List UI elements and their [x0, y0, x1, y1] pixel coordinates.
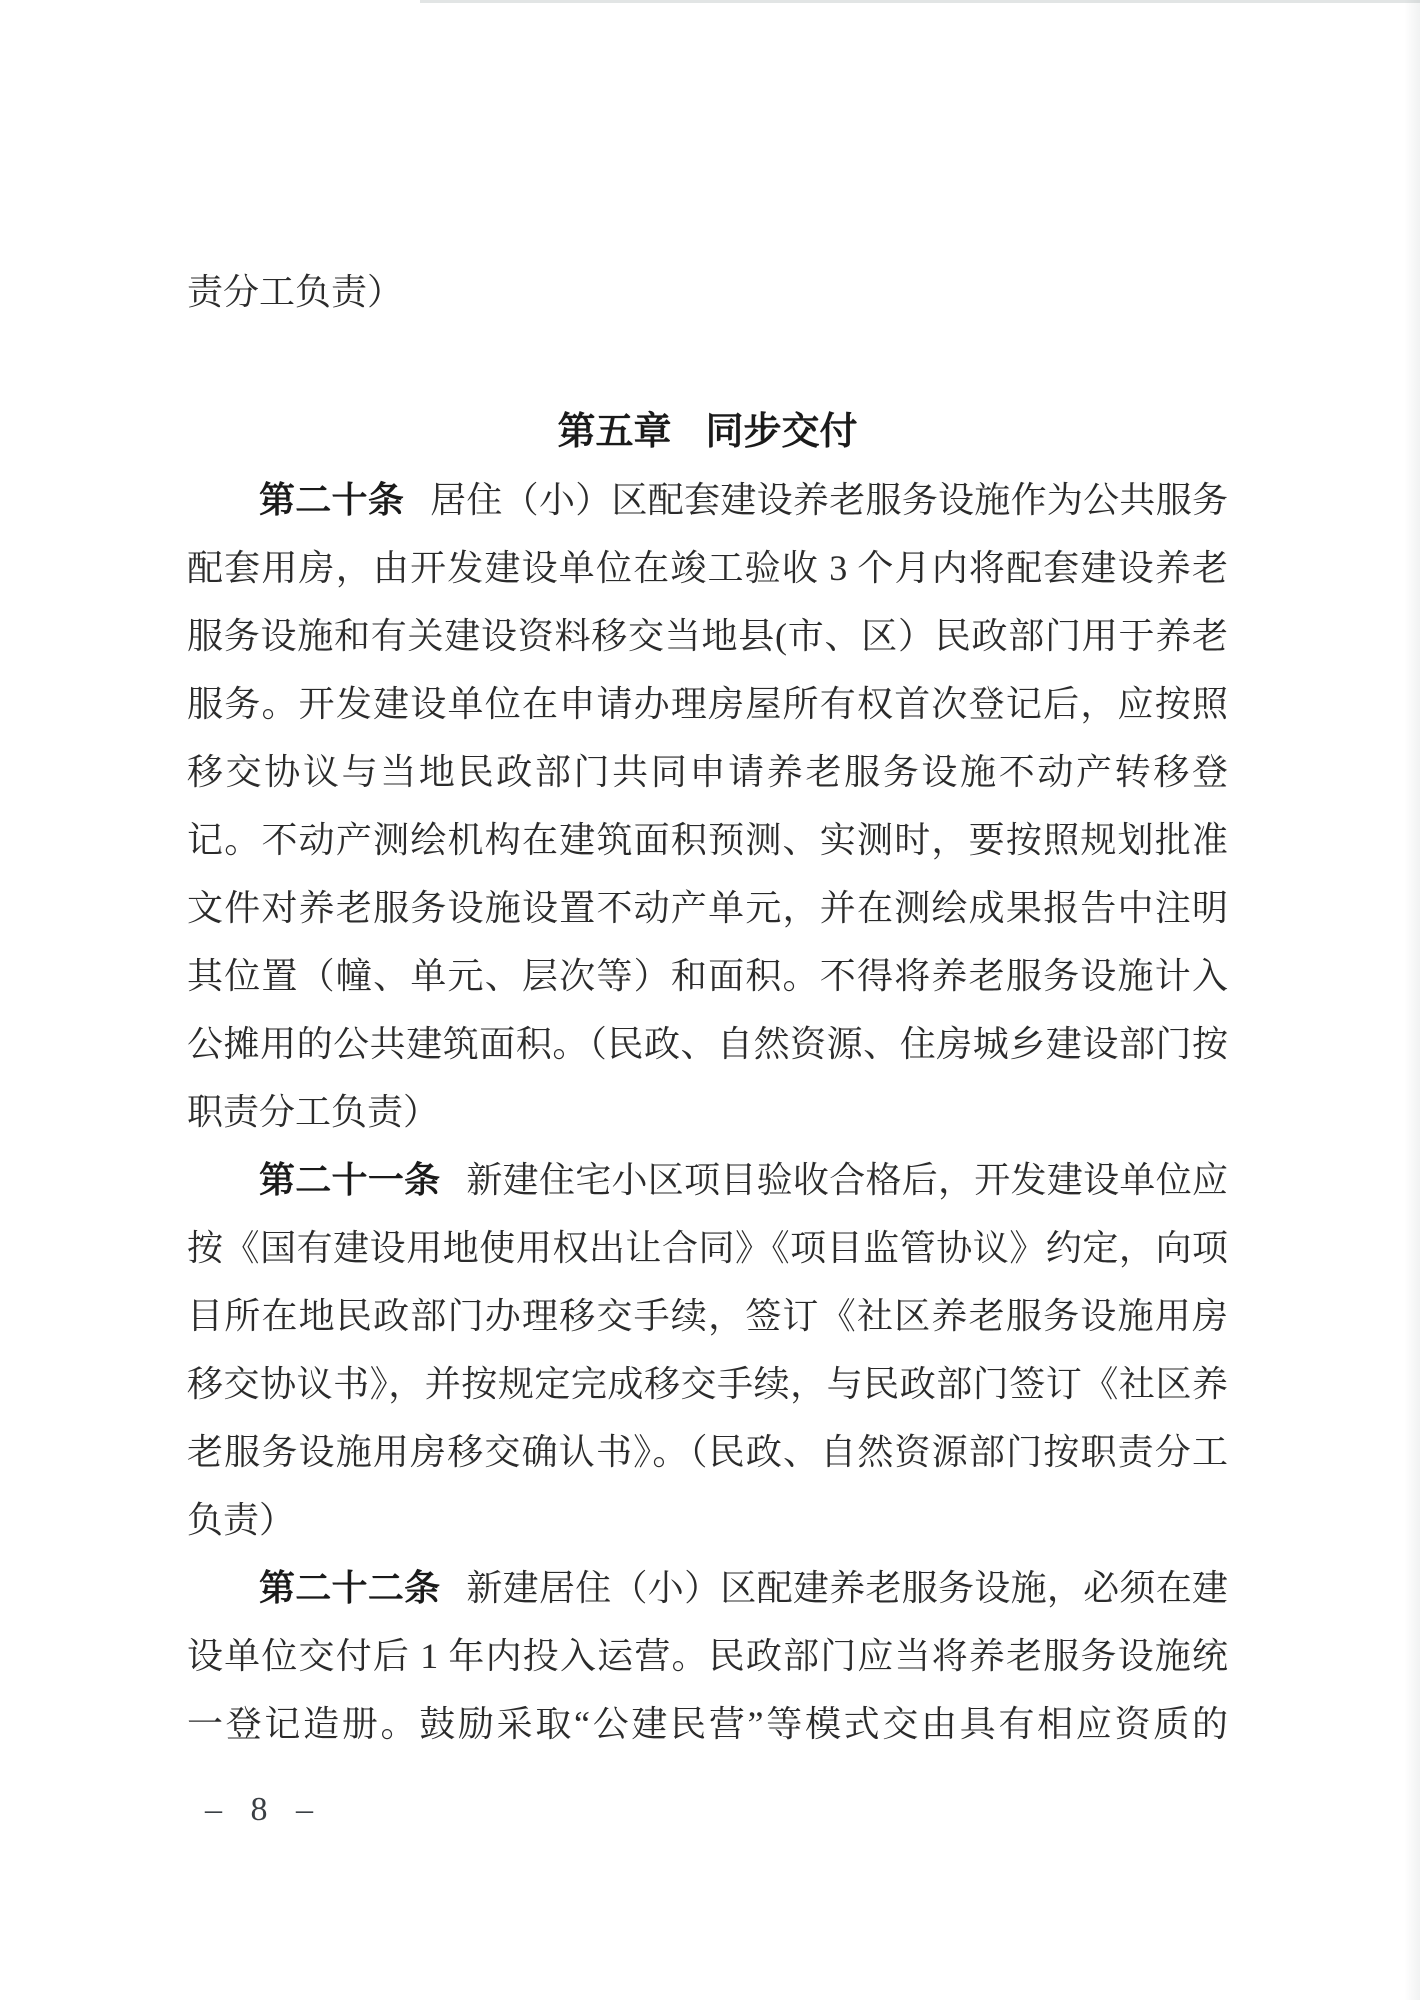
text-line-content: 一登记造册。鼓励采取“公建民营”等模式交由具有相应资质的	[187, 1704, 1228, 1744]
text-line-content: 职责分工负责）	[187, 1092, 439, 1132]
text-line-content: 设单位交付后 1 年内投入运营。民政部门应当将养老服务设施统	[187, 1636, 1228, 1676]
text-line: 按《国有建设用地使用权出让合同》《项目监管协议》约定，向项	[187, 1214, 1228, 1282]
text-line: 公摊用的公共建筑面积。（民政、自然资源、住房城乡建设部门按	[187, 1010, 1228, 1078]
text-line-content: 服务。开发建设单位在申请办理房屋所有权首次登记后，应按照	[187, 684, 1228, 724]
document-body: 责分工负责） 第五章 同步交付 第二十条居住（小）区配套建设养老服务设施作为公共…	[187, 258, 1228, 1758]
article-number-label: 第二十条	[259, 479, 404, 520]
document-page: 责分工负责） 第五章 同步交付 第二十条居住（小）区配套建设养老服务设施作为公共…	[0, 0, 1420, 2000]
scan-artifact-top-line	[420, 0, 1420, 3]
article-number-label: 第二十一条	[259, 1159, 440, 1200]
text-line: 老服务设施用房移交确认书》。（民政、自然资源部门按职责分工	[187, 1418, 1228, 1486]
page-number: – 8 –	[205, 1785, 323, 1835]
scan-artifact-right-shade	[1404, 0, 1420, 2000]
continuation-text-line: 责分工负责）	[187, 258, 1228, 326]
text-line-content: 居住（小）区配套建设养老服务设施作为公共服务	[430, 480, 1228, 520]
text-line: 第二十一条新建住宅小区项目验收合格后，开发建设单位应	[187, 1146, 1228, 1214]
text-line-content: 新建住宅小区项目验收合格后，开发建设单位应	[466, 1160, 1228, 1200]
text-line: 负责）	[187, 1486, 1228, 1554]
article-number-label: 第二十二条	[259, 1567, 440, 1608]
text-line-content: 移交协议书》，并按规定完成移交手续，与民政部门签订《社区养	[187, 1364, 1228, 1404]
text-line: 目所在地民政部门办理移交手续，签订《社区养老服务设施用房	[187, 1282, 1228, 1350]
text-line: 配套用房，由开发建设单位在竣工验收 3 个月内将配套建设养老	[187, 534, 1228, 602]
text-line: 服务设施和有关建设资料移交当地县(市、区）民政部门用于养老	[187, 602, 1228, 670]
text-line: 移交协议与当地民政部门共同申请养老服务设施不动产转移登	[187, 738, 1228, 806]
text-line-content: 移交协议与当地民政部门共同申请养老服务设施不动产转移登	[187, 752, 1228, 792]
text-line: 一登记造册。鼓励采取“公建民营”等模式交由具有相应资质的	[187, 1690, 1228, 1758]
text-line: 记。不动产测绘机构在建筑面积预测、实测时，要按照规划批准	[187, 806, 1228, 874]
text-line-content: 其位置（幢、单元、层次等）和面积。不得将养老服务设施计入	[187, 956, 1228, 996]
text-line: 第二十二条新建居住（小）区配建养老服务设施，必须在建	[187, 1554, 1228, 1622]
text-line-content: 记。不动产测绘机构在建筑面积预测、实测时，要按照规划批准	[187, 820, 1228, 860]
text-line-content: 文件对养老服务设施设置不动产单元，并在测绘成果报告中注明	[187, 888, 1228, 928]
text-line: 第二十条居住（小）区配套建设养老服务设施作为公共服务	[187, 466, 1228, 534]
chapter-heading: 第五章 同步交付	[187, 398, 1228, 466]
text-line-content: 负责）	[187, 1500, 295, 1540]
text-line: 其位置（幢、单元、层次等）和面积。不得将养老服务设施计入	[187, 942, 1228, 1010]
body-lines: 第二十条居住（小）区配套建设养老服务设施作为公共服务配套用房，由开发建设单位在竣…	[187, 466, 1228, 1758]
text-line-content: 公摊用的公共建筑面积。（民政、自然资源、住房城乡建设部门按	[187, 1024, 1228, 1064]
text-line-content: 老服务设施用房移交确认书》。（民政、自然资源部门按职责分工	[187, 1432, 1228, 1472]
text-line-content: 配套用房，由开发建设单位在竣工验收 3 个月内将配套建设养老	[187, 548, 1228, 588]
text-line-content: 按《国有建设用地使用权出让合同》《项目监管协议》约定，向项	[187, 1228, 1228, 1268]
text-line: 文件对养老服务设施设置不动产单元，并在测绘成果报告中注明	[187, 874, 1228, 942]
text-line-content: 目所在地民政部门办理移交手续，签订《社区养老服务设施用房	[187, 1296, 1228, 1336]
text-line-content: 新建居住（小）区配建养老服务设施，必须在建	[466, 1568, 1228, 1608]
text-line: 设单位交付后 1 年内投入运营。民政部门应当将养老服务设施统	[187, 1622, 1228, 1690]
text-line: 移交协议书》，并按规定完成移交手续，与民政部门签订《社区养	[187, 1350, 1228, 1418]
text-line: 服务。开发建设单位在申请办理房屋所有权首次登记后，应按照	[187, 670, 1228, 738]
chapter-title: 同步交付	[706, 398, 858, 466]
text-line: 职责分工负责）	[187, 1078, 1228, 1146]
chapter-number: 第五章	[557, 398, 671, 466]
text-line-content: 服务设施和有关建设资料移交当地县(市、区）民政部门用于养老	[187, 616, 1228, 656]
